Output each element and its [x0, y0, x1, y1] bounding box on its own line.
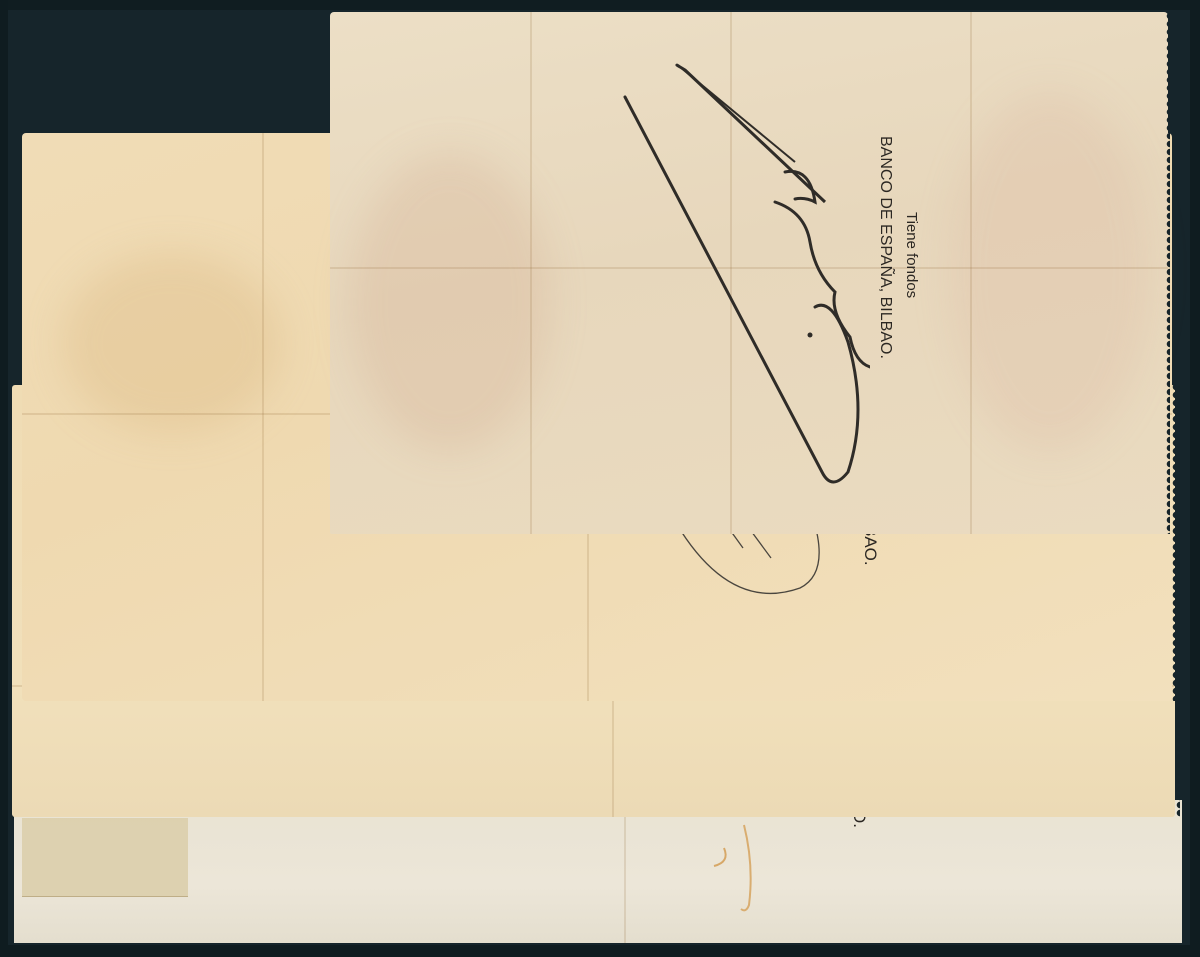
photo-frame [0, 0, 1200, 957]
